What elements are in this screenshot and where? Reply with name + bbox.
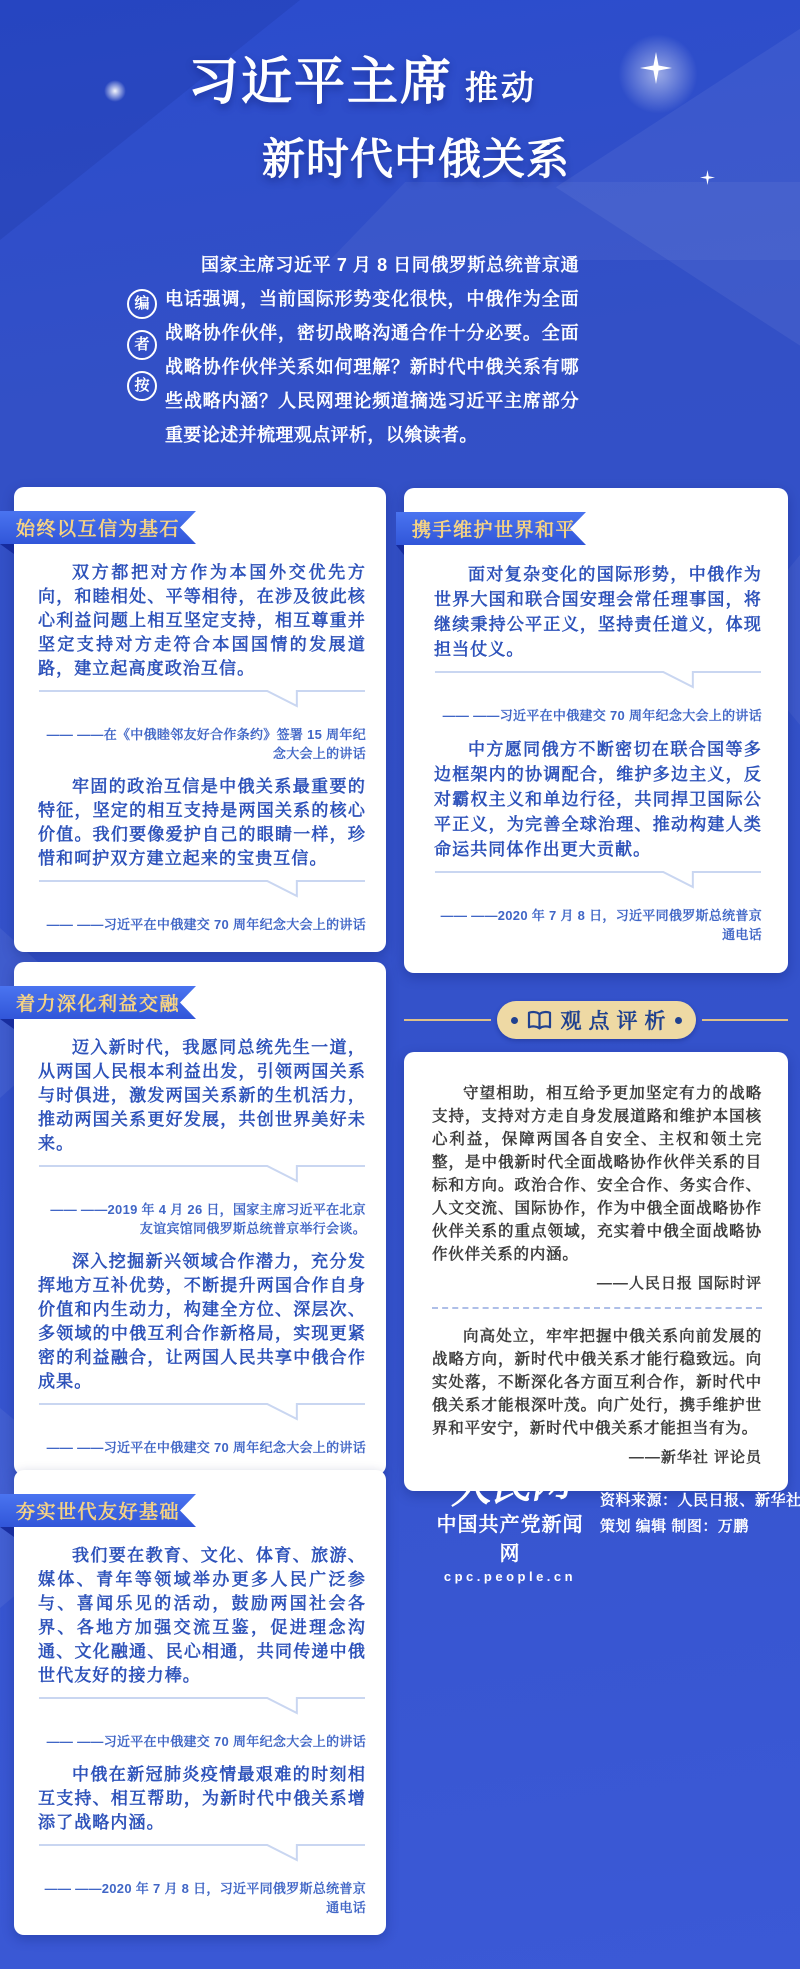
background-facet — [0, 0, 300, 240]
quote-block: 深入挖掘新兴领域合作潜力，充分发挥地方互补优势，不断提升两国合作自身价值和内生动… — [38, 1250, 366, 1457]
infographic-page: 习近平主席推动 新时代中俄关系 编 者 按 国家主席习近平 7 月 8 日同俄罗… — [0, 0, 800, 1969]
quote-block: 我们要在教育、文化、体育、旅游、媒体、青年等领域举办更多人民广泛参与、喜闻乐见的… — [38, 1544, 366, 1751]
quote-tail-separator — [38, 1164, 366, 1184]
commentary-title: 观点评析 — [561, 1005, 673, 1035]
badge-dot — [511, 1017, 518, 1024]
commentary-item-source: ——人民日报 国际时评 — [432, 1272, 762, 1293]
footer-logo: 人民网 中国共产党新闻网 cpc.people.cn — [430, 1466, 590, 1584]
quote-source: —— ——习近平在中俄建交 70 周年纪念大会上的讲话 — [38, 1438, 366, 1457]
quote-text: 牢固的政治互信是中俄关系最重要的特征，坚定的相互支持是两国关系的核心价值。我们要… — [38, 775, 366, 871]
quote-tail-separator — [38, 689, 366, 709]
card-content: 我们要在教育、文化、体育、旅游、媒体、青年等领域举办更多人民广泛参与、喜闻乐见的… — [14, 1470, 386, 1935]
credit-staff: 策划 编辑 制图：万鹏 — [600, 1514, 800, 1540]
quote-block: 迈入新时代，我愿同总统先生一道，从两国人民根本利益出发，引领两国关系与时俱进，激… — [38, 1036, 366, 1238]
sparkle-glow — [104, 80, 126, 102]
quote-tail-separator — [434, 670, 762, 690]
quote-block: 中方愿同俄方不断密切在联合国等多边框架内的协调配合，维护多边主义，反对霸权主义和… — [434, 737, 762, 944]
quote-source: —— ——习近平在中俄建交 70 周年纪念大会上的讲话 — [434, 706, 762, 725]
quote-text: 深入挖掘新兴领域合作潜力，充分发挥地方互补优势，不断提升两国合作自身价值和内生动… — [38, 1250, 366, 1394]
card-interests: 着力深化利益交融 迈入新时代，我愿同总统先生一道，从两国人民根本利益出发，引领两… — [14, 962, 386, 1475]
card-content: 面对复杂变化的国际形势，中俄作为世界大国和联合国安理会常任理事国，将继续秉持公平… — [404, 488, 788, 962]
editor-badge-char: 按 — [127, 371, 157, 401]
quote-tail-separator — [434, 870, 762, 890]
quote-block: 双方都把对方作为本国外交优先方向，和睦相处、平等相待，在涉及彼此核心利益问题上相… — [38, 561, 366, 763]
editor-note-text: 国家主席习近平 7 月 8 日同俄罗斯总统普京通电话强调，当前国际形势变化很快，… — [165, 248, 579, 452]
book-icon — [526, 1010, 553, 1031]
quote-source: —— ——在《中俄睦邻友好合作条约》签署 15 周年纪念大会上的讲话 — [38, 725, 366, 763]
editor-note: 编 者 按 国家主席习近平 7 月 8 日同俄罗斯总统普京通电话强调，当前国际形… — [127, 248, 579, 452]
page-title-line1: 习近平主席推动 — [188, 40, 537, 114]
ribbon-fold — [0, 544, 14, 554]
quote-tail-separator — [38, 1696, 366, 1716]
quote-source: —— ——2019 年 4 月 26 日，国家主席习近平在北京友谊宾馆同俄罗斯总… — [38, 1200, 366, 1238]
editor-badge-char: 编 — [127, 289, 157, 319]
credit-source: 资料来源：人民日报、新华社 — [600, 1488, 800, 1514]
ribbon-fold — [396, 545, 404, 555]
page-title-emphasis: 习近平主席 — [188, 53, 453, 110]
quote-text: 中俄在新冠肺炎疫情最艰难的时刻相互支持、相互帮助，为新时代中俄关系增添了战略内涵… — [38, 1763, 366, 1835]
sparkle-glow — [618, 34, 698, 114]
quote-text: 迈入新时代，我愿同总统先生一道，从两国人民根本利益出发，引领两国关系与时俱进，激… — [38, 1036, 366, 1156]
quote-source: —— ——2020 年 7 月 8 日，习近平同俄罗斯总统普京通电话 — [434, 906, 762, 944]
quote-source: —— ——2020 年 7 月 8 日，习近平同俄罗斯总统普京通电话 — [38, 1879, 366, 1917]
card-content: 双方都把对方作为本国外交优先方向，和睦相处、平等相待，在涉及彼此核心利益问题上相… — [14, 487, 386, 952]
card-title-ribbon: 夯实世代友好基础 — [0, 1494, 196, 1527]
quote-source: —— ——习近平在中俄建交 70 周年纪念大会上的讲话 — [38, 915, 366, 934]
card-content: 迈入新时代，我愿同总统先生一道，从两国人民根本利益出发，引领两国关系与时俱进，激… — [14, 962, 386, 1475]
commentary-item-text: 守望相助，相互给予更加坚定有力的战略支持，支持对方走自身发展道路和维护本国核心利… — [432, 1082, 762, 1266]
quote-text: 双方都把对方作为本国外交优先方向，和睦相处、平等相待，在涉及彼此核心利益问题上相… — [38, 561, 366, 681]
page-title-suffix: 推动 — [465, 69, 537, 106]
editor-badge-char: 者 — [127, 330, 157, 360]
footer-credits: 资料来源：人民日报、新华社 策划 编辑 制图：万鹏 — [600, 1488, 800, 1540]
quote-block: 中俄在新冠肺炎疫情最艰难的时刻相互支持、相互帮助，为新时代中俄关系增添了战略内涵… — [38, 1763, 366, 1917]
commentary-header-line — [404, 1019, 491, 1021]
quote-block: 牢固的政治互信是中俄关系最重要的特征，坚定的相互支持是两国关系的核心价值。我们要… — [38, 775, 366, 934]
logo-site-name: 中国共产党新闻网 — [430, 1508, 590, 1566]
editor-note-badges: 编 者 按 — [127, 289, 157, 412]
card-title-ribbon: 始终以互信为基石 — [0, 511, 196, 544]
commentary-header-line — [702, 1019, 789, 1021]
badge-dot — [675, 1017, 682, 1024]
card-commentary: 守望相助，相互给予更加坚定有力的战略支持，支持对方走自身发展道路和维护本国核心利… — [404, 1052, 788, 1491]
quote-text: 面对复杂变化的国际形势，中俄作为世界大国和联合国安理会常任理事国，将继续秉持公平… — [434, 562, 762, 662]
quote-block: 面对复杂变化的国际形势，中俄作为世界大国和联合国安理会常任理事国，将继续秉持公平… — [434, 562, 762, 725]
quote-tail-separator — [38, 879, 366, 899]
sparkle-icon — [700, 170, 715, 185]
card-title-ribbon: 着力深化利益交融 — [0, 986, 196, 1019]
quote-tail-separator — [38, 1402, 366, 1422]
commentary-header: 观点评析 — [404, 1000, 788, 1040]
logo-site-url: cpc.people.cn — [430, 1569, 590, 1584]
card-peace: 携手维护世界和平 面对复杂变化的国际形势，中俄作为世界大国和联合国安理会常任理事… — [404, 488, 788, 973]
quote-source: —— ——习近平在中俄建交 70 周年纪念大会上的讲话 — [38, 1732, 366, 1751]
quote-tail-separator — [38, 1843, 366, 1863]
quote-text: 中方愿同俄方不断密切在联合国等多边框架内的协调配合，维护多边主义，反对霸权主义和… — [434, 737, 762, 862]
commentary-divider — [432, 1307, 762, 1309]
ribbon-fold — [0, 1019, 14, 1029]
people-net-logo: 人民网 — [449, 1462, 571, 1510]
card-friendship: 夯实世代友好基础 我们要在教育、文化、体育、旅游、媒体、青年等领域举办更多人民广… — [14, 1470, 386, 1935]
card-title-ribbon: 携手维护世界和平 — [396, 512, 586, 545]
quote-text: 我们要在教育、文化、体育、旅游、媒体、青年等领域举办更多人民广泛参与、喜闻乐见的… — [38, 1544, 366, 1688]
card-trust: 始终以互信为基石 双方都把对方作为本国外交优先方向，和睦相处、平等相待，在涉及彼… — [14, 487, 386, 952]
page-title-line2: 新时代中俄关系 — [262, 126, 570, 187]
commentary-item-text: 向高处立，牢牢把握中俄关系向前发展的战略方向，新时代中俄关系才能行稳致远。向实处… — [432, 1325, 762, 1440]
commentary-badge: 观点评析 — [497, 1001, 696, 1039]
commentary-content: 守望相助，相互给予更加坚定有力的战略支持，支持对方走自身发展道路和维护本国核心利… — [404, 1052, 788, 1491]
ribbon-fold — [0, 1527, 14, 1537]
